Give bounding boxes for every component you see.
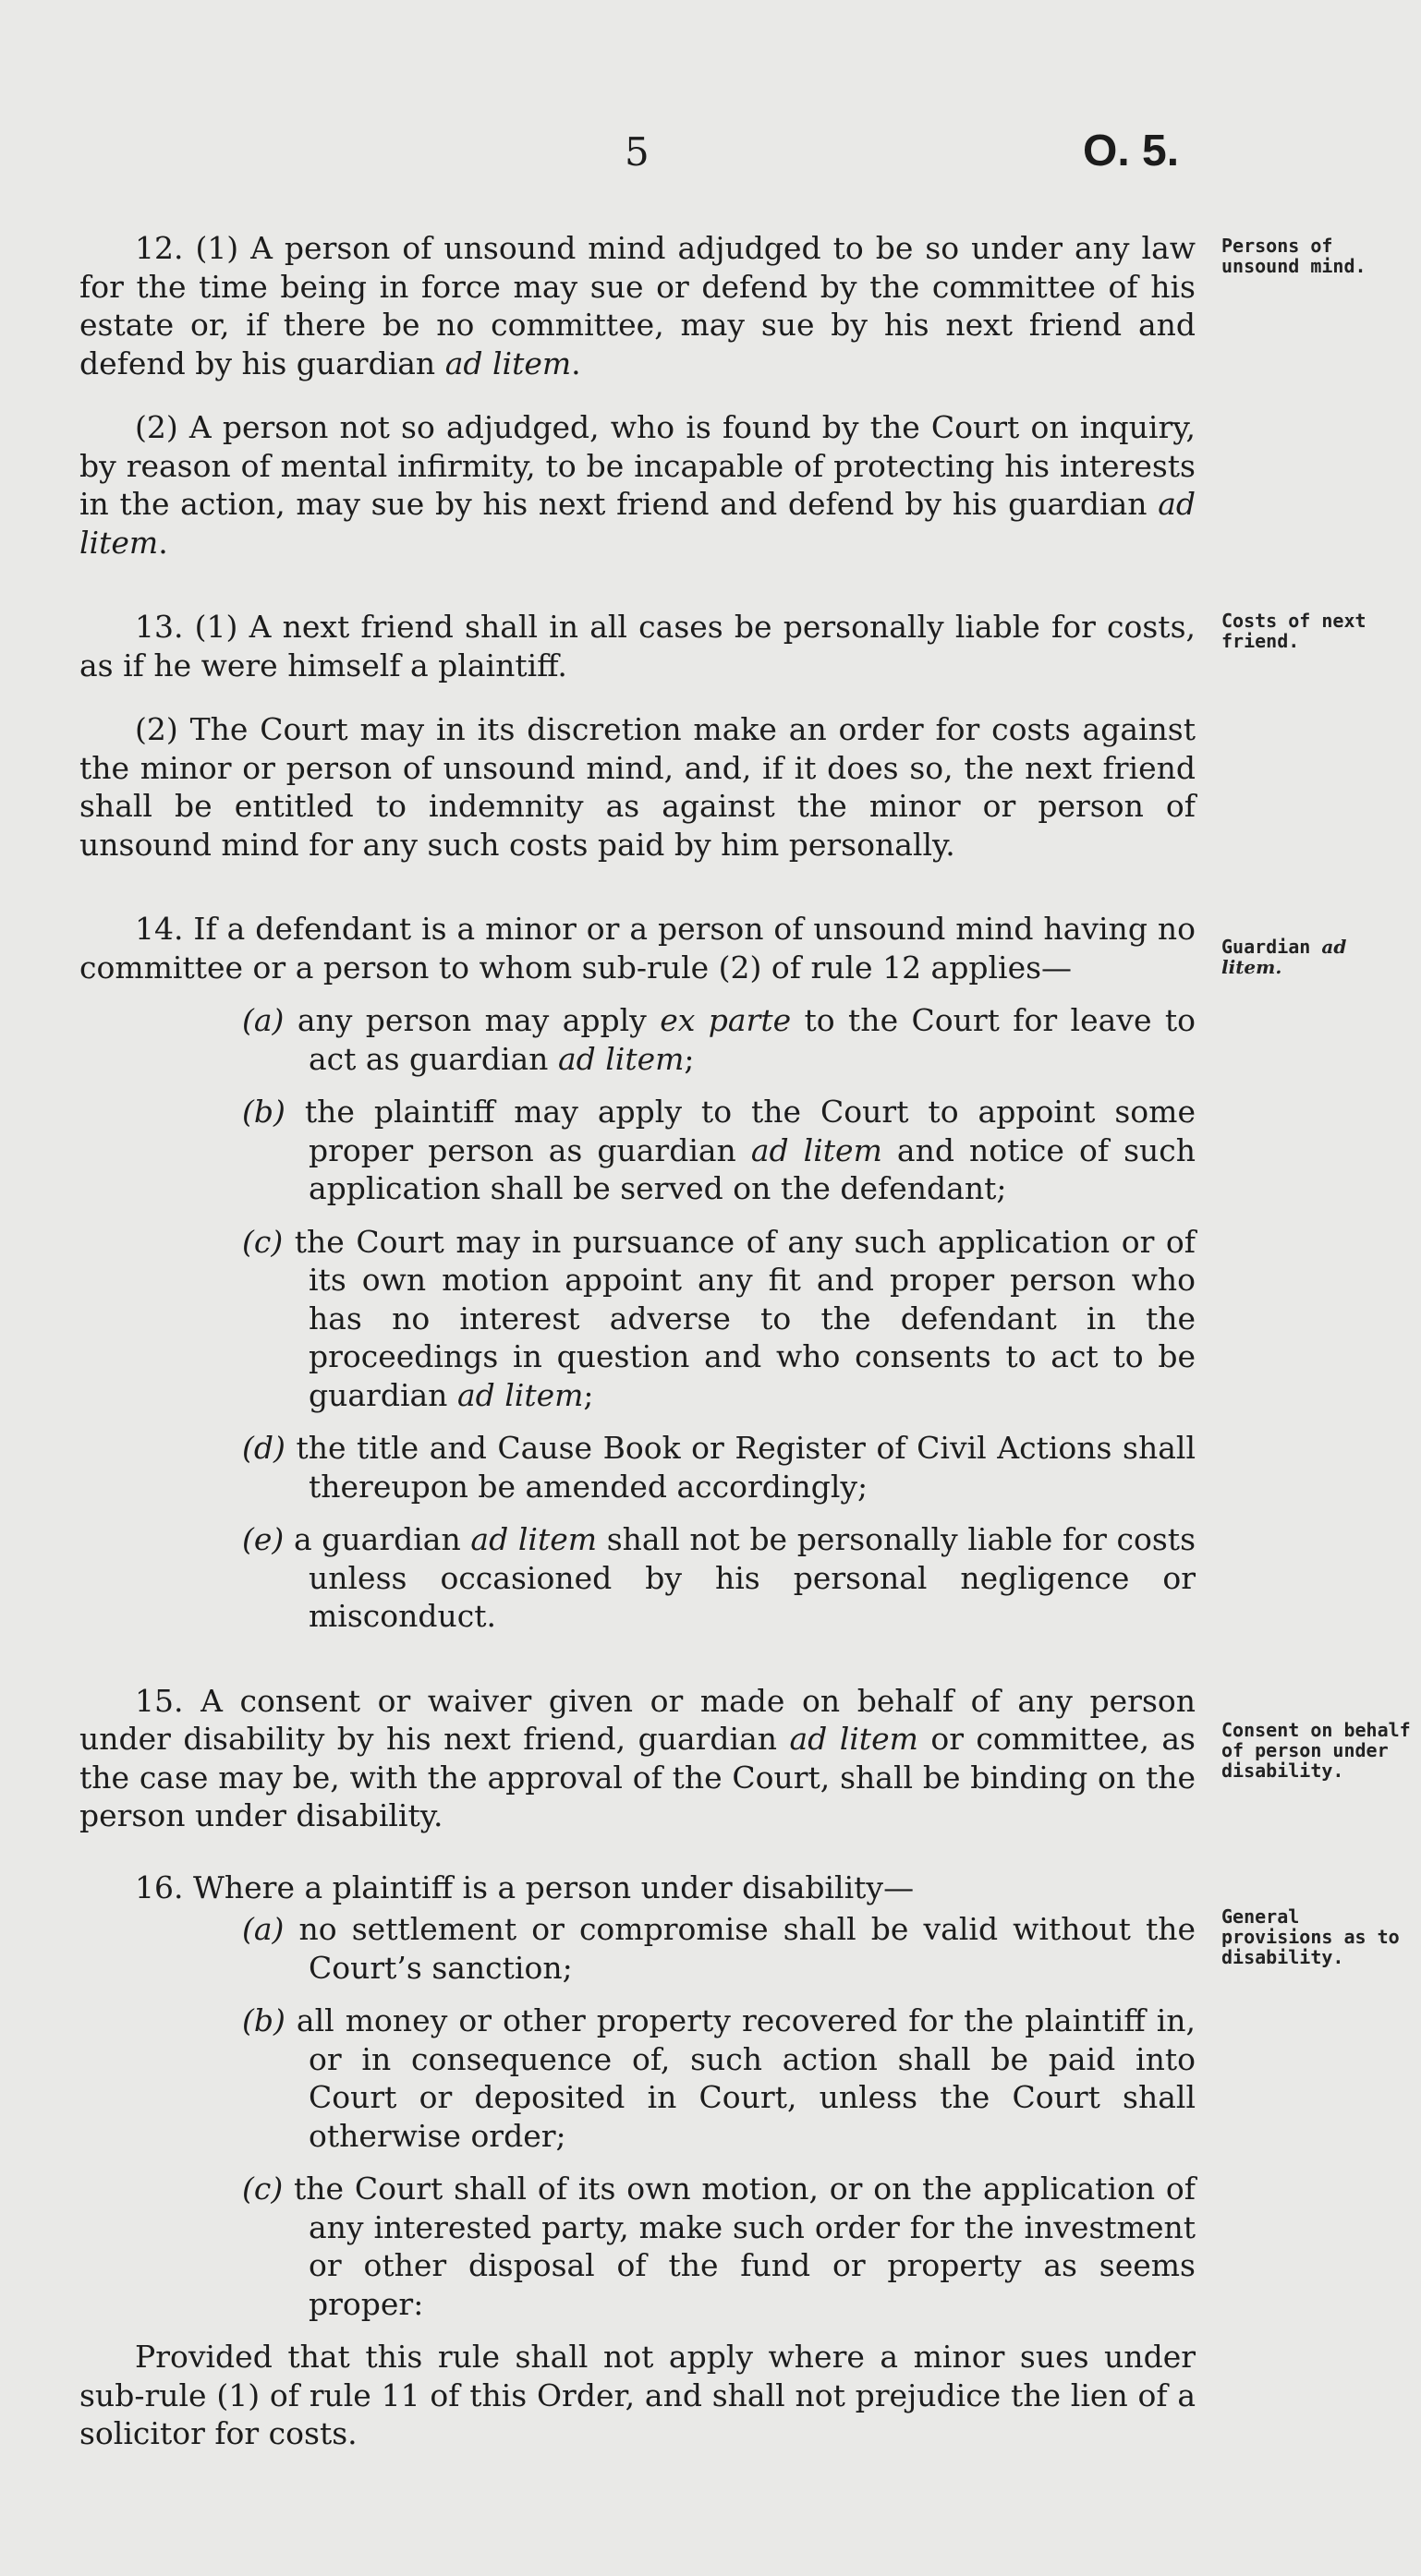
rule-12-para-2: (2) A person not so adjudged, who is fou… (79, 408, 1196, 562)
marginal-note-rule-13: Costs of next friend. (1221, 611, 1415, 651)
rule-16: 16. Where a plaintiff is a person under … (79, 1869, 1196, 2453)
rule-14-item-d: (d) the title and Cause Book or Register… (79, 1429, 1196, 1506)
rule-15-para: 15. A consent or waiver given or made on… (79, 1682, 1196, 1835)
rule-13: 13. (1) A next friend shall in all cases… (79, 608, 1196, 864)
page-number: 5 (625, 129, 650, 175)
rule-13-para-1: 13. (1) A next friend shall in all cases… (79, 608, 1196, 684)
order-reference: O. 5. (1083, 126, 1179, 176)
marginal-note-rule-15: Consent on behalf of person under disabi… (1221, 1720, 1415, 1781)
rule-12: 12. (1) A person of unsound mind adjudge… (79, 229, 1196, 562)
rule-14-item-e: (e) a guardian ad litem shall not be per… (79, 1520, 1196, 1636)
rule-15: 15. A consent or waiver given or made on… (79, 1682, 1196, 1835)
rule-16-intro: 16. Where a plaintiff is a person under … (79, 1869, 1196, 1907)
rule-16-item-c: (c) the Court shall of its own motion, o… (79, 2170, 1196, 2323)
document-body: 12. (1) A person of unsound mind adjudge… (79, 229, 1196, 2453)
rule-14-item-c: (c) the Court may in pursuance of any su… (79, 1223, 1196, 1415)
rule-14: 14. If a defendant is a minor or a perso… (79, 910, 1196, 1636)
rule-16-item-a: (a) no settlement or compromise shall be… (79, 1910, 1196, 1987)
marginal-note-rule-12: Persons of unsound mind. (1221, 236, 1415, 276)
rule-14-item-b: (b) the plaintiff may apply to the Court… (79, 1093, 1196, 1208)
marginal-note-rule-16: General provisions as to disability. (1221, 1906, 1415, 1967)
rule-14-items: (a) any person may apply ex parte to the… (79, 1001, 1196, 1636)
rule-14-item-a: (a) any person may apply ex parte to the… (79, 1001, 1196, 1078)
rule-16-items: (a) no settlement or compromise shall be… (79, 1910, 1196, 2323)
rule-16-proviso: Provided that this rule shall not apply … (79, 2338, 1196, 2453)
rule-12-para-1: 12. (1) A person of unsound mind adjudge… (79, 229, 1196, 382)
rule-13-para-2: (2) The Court may in its discretion make… (79, 710, 1196, 864)
rule-16-item-b: (b) all money or other property recovere… (79, 2002, 1196, 2155)
page-header: 5 O. 5. (0, 129, 1421, 185)
rule-14-intro: 14. If a defendant is a minor or a perso… (79, 910, 1196, 986)
marginal-note-rule-14: Guardian ad litem. (1221, 937, 1415, 977)
